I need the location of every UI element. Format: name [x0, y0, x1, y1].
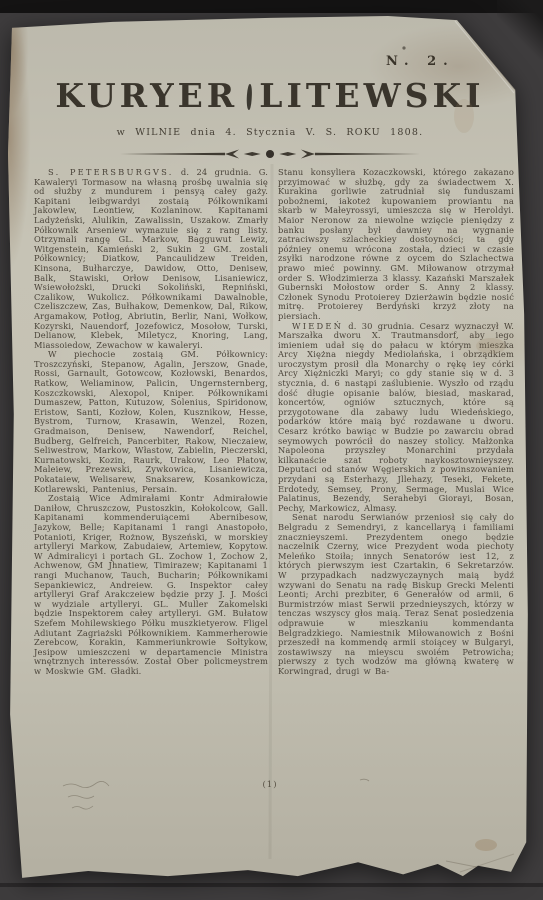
column-left: S. PETERSBURGVS. d. 24 grudnia. G. Kawal… [34, 168, 268, 676]
dateline-lead: S. PETERSBURGVS. [48, 167, 174, 177]
masthead-word-kuryer: KURYER [55, 76, 238, 115]
paragraph: Zostaią Wice Admirałami Kontr Admirałowi… [34, 494, 268, 676]
paragraph: WIEDEŃ d. 30 grudnia. Cesarz wyznaczył W… [278, 322, 514, 514]
paragraph: Stanu konsyliera Kozaczkowski, którego z… [278, 168, 514, 322]
pencil-marks [63, 779, 369, 809]
paragraph: S. PETERSBURGVS. d. 24 grudnia. G. Kawal… [34, 168, 268, 350]
divider-ornament [120, 146, 420, 162]
page-number: (1) [230, 780, 310, 790]
paragraph: W piechocie zostaią GM. Półkownicy: Tros… [34, 350, 268, 494]
masthead-title: KURYERLITEWSKI [8, 76, 532, 115]
dateline: w WILNIE dnia 4. Stycznia V. S. ROKU 180… [8, 127, 532, 138]
masthead-word-litewski: LITEWSKI [259, 76, 484, 115]
issue-number: N. 2. [386, 54, 476, 69]
column-right: Stanu konsyliera Kozaczkowski, którego z… [278, 168, 514, 676]
newspaper-scan: N. 2. KURYERLITEWSKI w WILNIE dnia 4. St… [8, 14, 532, 884]
paragraph: Senat narodu Serwianów przeniosł się cał… [278, 513, 514, 676]
newspaper-page: N. 2. KURYERLITEWSKI w WILNIE dnia 4. St… [8, 14, 532, 884]
dateline-lead: WIEDEŃ [292, 321, 343, 331]
ink-blot-icon [246, 84, 253, 110]
scanner-bed-top-band [0, 0, 543, 13]
